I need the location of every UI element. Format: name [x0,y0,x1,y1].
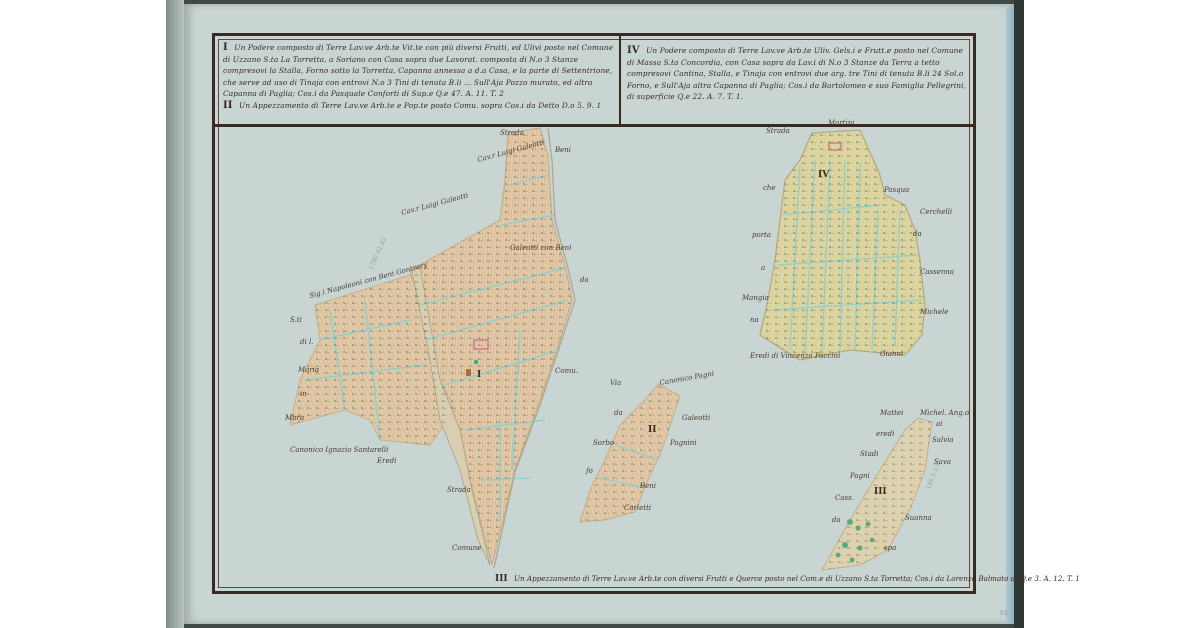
svg-text:135.1.1.8: 135.1.1.8 [925,461,941,490]
svg-text:Comu.: Comu. [555,367,578,375]
parcel-I-label: I [477,370,481,380]
page-number: 55 [1000,610,1008,617]
svg-text:Carletti: Carletti [624,504,651,512]
svg-text:Mbra: Mbra [284,414,304,422]
svg-text:Maria: Maria [297,366,319,374]
svg-text:da: da [913,230,922,238]
svg-text:Michel. Ang.o: Michel. Ang.o [919,409,969,417]
svg-text:Mangia: Mangia [741,294,769,302]
outbuilding-icon [466,369,471,376]
svg-text:na: na [750,316,759,324]
svg-text:Via: Via [610,379,621,387]
svg-text:Beni: Beni [639,482,656,490]
svg-text:Michele: Michele [919,308,948,316]
svg-text:Galeotti: Galeotti [682,414,710,422]
svg-text:che: che [763,184,776,192]
parcel-III-label: III [874,487,887,497]
svg-text:Strada: Strada [500,129,524,137]
svg-text:Pagnini: Pagnini [669,439,697,447]
svg-text:Eredi: Eredi [376,457,396,465]
parcel-II-label: II [648,425,656,435]
svg-text:Galeotti con Beni: Galeotti con Beni [510,244,571,252]
svg-text:in: in [300,390,307,398]
svg-text:Cav.r Luigi Galeotti: Cav.r Luigi Galeotti [400,191,469,217]
svg-text:Salvia: Salvia [932,436,954,444]
svg-text:Cerchelli: Cerchelli [920,208,952,216]
svg-text:Eredi di Vincenzo Paccini: Eredi di Vincenzo Paccini [749,352,840,360]
svg-text:Pagni: Pagni [849,472,870,480]
svg-text:Comune: Comune [452,544,481,552]
svg-text:ai: ai [936,420,942,428]
svg-text:a: a [761,264,765,272]
svg-text:Canonico Pagni: Canonico Pagni [659,370,715,387]
svg-text:Stadi: Stadi [860,450,879,458]
svg-text:Suanna: Suanna [905,514,932,522]
svg-text:Beni: Beni [554,146,571,154]
svg-text:fo: fo [585,467,593,475]
svg-text:Cassenna: Cassenna [920,268,954,276]
svg-text:Strada: Strada [447,486,471,494]
svg-text:da: da [832,516,841,524]
parcel-IV-label: IV [818,170,830,180]
svg-text:Canonico Ignazio Santarelli: Canonico Ignazio Santarelli [290,446,388,454]
parcel-I-map: I [290,128,575,568]
svg-text:spa: spa [884,544,896,552]
parcel-IV-map: IV [760,130,925,360]
svg-text:Mattei: Mattei [879,409,903,417]
map-drawings: I II III [0,0,1200,628]
parcel-II-map: II [580,384,680,522]
svg-text:Strada: Strada [766,127,790,135]
svg-text:di l.: di l. [300,338,313,346]
svg-text:Martini: Martini [827,119,855,127]
svg-text:eredi: eredi [876,430,894,438]
svg-text:porta: porta [752,231,771,239]
svg-text:S.ti: S.ti [290,316,302,324]
svg-text:Cass.: Cass. [835,494,854,502]
svg-text:da: da [580,276,589,284]
svg-text:da: da [614,409,623,417]
svg-text:Pasqua: Pasqua [883,186,909,194]
svg-text:1780 A1 A2: 1780 A1 A2 [367,236,388,271]
svg-text:Gianni: Gianni [880,350,903,358]
svg-text:Sorbo: Sorbo [593,439,614,447]
well-icon [474,360,478,364]
